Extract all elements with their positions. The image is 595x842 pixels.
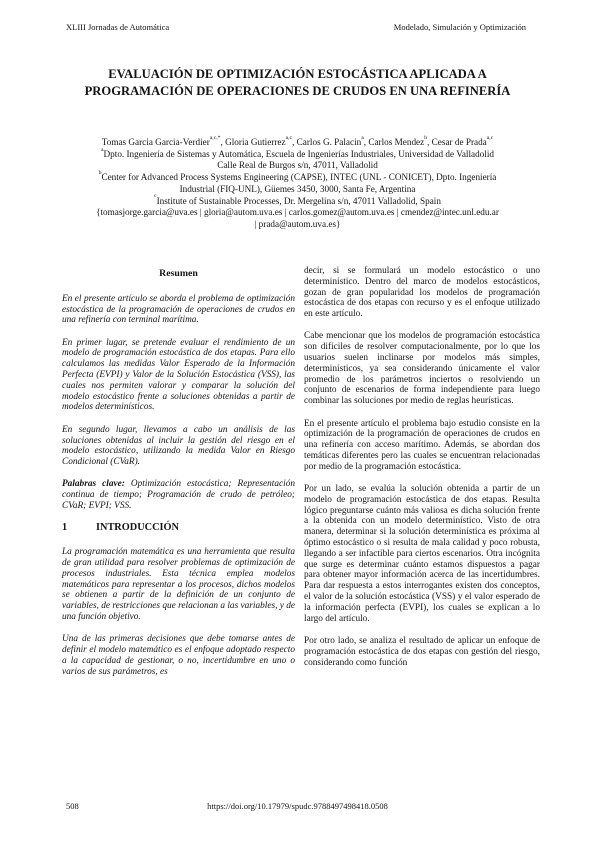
body-paragraph: En el presente artículo el problema bajo… bbox=[304, 419, 540, 473]
email-line: | prada@autom.uva.es} bbox=[40, 219, 555, 231]
affiliation-line: bCenter for Advanced Process Systems Eng… bbox=[40, 172, 555, 184]
affiliation-superscript: c bbox=[154, 193, 157, 199]
paper-page: XLIII Jornadas de Automática Modelado, S… bbox=[0, 0, 595, 842]
section-number: 1 bbox=[62, 523, 96, 534]
body-paragraph: Por un lado, se evalúa la solución obten… bbox=[304, 484, 540, 624]
running-header-left: XLIII Jornadas de Automática bbox=[66, 22, 169, 32]
affiliation-text: Center for Advanced Process Systems Engi… bbox=[101, 172, 496, 182]
affiliation-text: Industrial (FIQ-UNL), Güemes 3450, 3000,… bbox=[180, 184, 416, 194]
paper-title: EVALUACIÓN DE OPTIMIZACIÓN ESTOCÁSTICA A… bbox=[75, 66, 520, 101]
affiliation-text: Dpto. Ingeniería de Sistemas y Automátic… bbox=[104, 149, 494, 159]
author-name: Carlos G. Palacin bbox=[297, 137, 362, 147]
body-paragraph: Cabe mencionar que los modelos de progra… bbox=[304, 331, 540, 407]
affiliation-superscript: a bbox=[101, 147, 104, 153]
abstract-paragraph: En segundo lugar, llevamos a cabo un aná… bbox=[62, 425, 295, 468]
footer-doi-link[interactable]: https://doi.org/10.17979/spudc.978849749… bbox=[0, 801, 595, 811]
running-header: XLIII Jornadas de Automática Modelado, S… bbox=[66, 22, 526, 32]
abstract-paragraph: En el presente artículo se aborda el pro… bbox=[62, 294, 295, 326]
authors-block: Tomas Garcia Garcia-Verdiera,c,*, Gloria… bbox=[40, 137, 555, 231]
left-column: Resumen En el presente artículo se abord… bbox=[62, 266, 295, 689]
author-name: Gloria Gutierrez bbox=[225, 137, 285, 147]
keywords-paragraph: Palabras clave: Optimización estocástica… bbox=[62, 479, 295, 511]
affiliation-line: Calle Real de Burgos s/n, 47011, Vallado… bbox=[40, 160, 555, 172]
author-superscript: a,c bbox=[286, 135, 292, 141]
body-paragraph: Por otro lado, se analiza el resultado d… bbox=[304, 636, 540, 668]
authors-line: Tomas Garcia Garcia-Verdiera,c,*, Gloria… bbox=[40, 137, 555, 149]
affiliation-line: aDpto. Ingeniería de Sistemas y Automáti… bbox=[40, 149, 555, 161]
right-column: decir, si se formulará un modelo estocás… bbox=[304, 266, 540, 680]
body-paragraph: La programación matemática es una herram… bbox=[62, 547, 295, 623]
section-title: INTRODUCCIÓN bbox=[96, 522, 179, 533]
abstract-heading: Resumen bbox=[62, 269, 295, 280]
running-header-right: Modelado, Simulación y Optimización bbox=[394, 22, 526, 32]
email-text: {tomasjorge.garcia@uva.es | gloria@autom… bbox=[96, 207, 499, 217]
abstract-paragraph: En primer lugar, se pretende evaluar el … bbox=[62, 338, 295, 414]
keywords-label: Palabras clave: bbox=[62, 479, 125, 489]
affiliation-line: cInstitute of Sustainable Processes, Dr.… bbox=[40, 196, 555, 208]
body-paragraph: decir, si se formulará un modelo estocás… bbox=[304, 266, 540, 320]
email-text: | prada@autom.uva.es} bbox=[255, 219, 341, 229]
author-superscript: a,c,* bbox=[210, 135, 221, 141]
author-superscript: a,c bbox=[487, 135, 493, 141]
author-superscript: b bbox=[424, 135, 427, 141]
affiliation-text: Calle Real de Burgos s/n, 47011, Vallado… bbox=[217, 160, 378, 170]
affiliation-text: Institute of Sustainable Processes, Dr. … bbox=[157, 196, 441, 206]
author-name: Cesar de Prada bbox=[432, 137, 487, 147]
author-name: Tomas Garcia Garcia-Verdier bbox=[102, 137, 210, 147]
affiliation-line: Industrial (FIQ-UNL), Güemes 3450, 3000,… bbox=[40, 184, 555, 196]
author-superscript: a bbox=[361, 135, 364, 141]
author-name: Carlos Mendez bbox=[368, 137, 424, 147]
email-line: {tomasjorge.garcia@uva.es | gloria@autom… bbox=[40, 207, 555, 219]
section-heading-introduction: 1INTRODUCCIÓN bbox=[62, 523, 295, 534]
body-paragraph: Una de las primeras decisiones que debe … bbox=[62, 634, 295, 677]
